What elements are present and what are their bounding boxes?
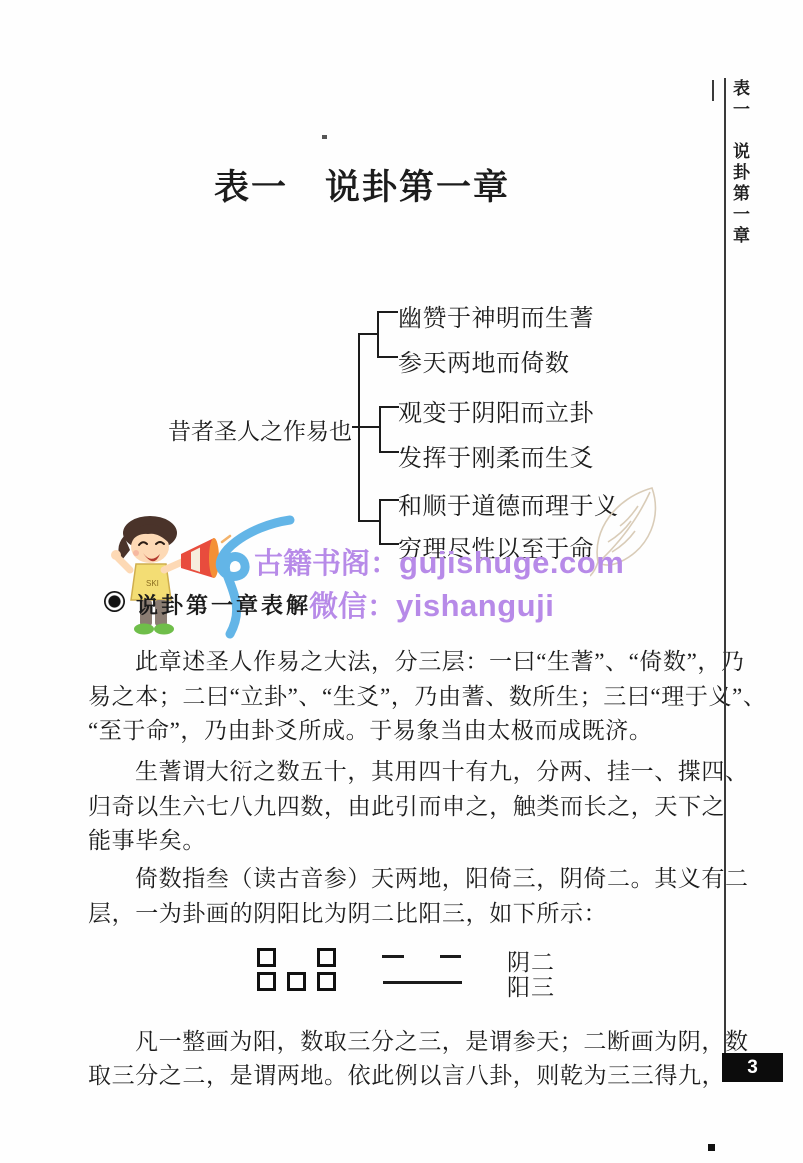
tree-branch: 观变于阴阳而立卦 (398, 393, 594, 428)
paragraph-line: 凡一整画为阳，数取三分之三，是谓参天；二断画为阴，数 (88, 1023, 780, 1056)
fisheye-bullet-icon (104, 591, 125, 612)
tree-branch: 发挥于刚柔而生爻 (398, 438, 594, 473)
watermark-wechat-id: yishanguji (396, 588, 554, 623)
margin-rule (724, 78, 726, 1055)
tree-stub (377, 356, 398, 358)
yin-square (317, 948, 336, 967)
yang-square (257, 972, 276, 991)
paragraph-line: 归奇以生六七八九四数，由此引而申之，触类而长之，天下之 (88, 788, 733, 821)
paragraph-line: “至于命”，乃由卦爻所成。于易象当由太极而成既济。 (88, 712, 733, 745)
tree-connector (358, 520, 381, 522)
tree-main-line (358, 334, 360, 522)
margin-tick (712, 80, 714, 101)
broken-yin-line (440, 955, 461, 958)
yang-square (317, 972, 336, 991)
tree-bracket (379, 499, 381, 545)
tree-branch: 和顺于道德而理于义 (398, 486, 619, 521)
svg-text:SKI: SKI (146, 579, 159, 588)
yang-square (287, 972, 306, 991)
paragraph-line: 层，一为卦画的阴阳比为阴二比阳三，如下所示： (88, 895, 733, 928)
watermark-site-url: gujishuge.com (399, 545, 624, 580)
section-header: 说卦第一章表解 (136, 589, 311, 620)
yin-square (257, 948, 276, 967)
scan-speck (708, 1144, 715, 1151)
watermark-wechat-label: 微信： (309, 591, 396, 623)
page-title: 表一 说卦第一章 (0, 160, 724, 210)
tree-stub (379, 499, 399, 501)
tree-branch: 幽赞于神明而生蓍 (398, 298, 594, 333)
tree-connector (358, 333, 378, 335)
tree-stub (379, 406, 399, 408)
paragraph-line: 易之本；二曰“立卦”、“生爻”，乃由蓍、数所生；三曰“理于义”、 (88, 678, 733, 711)
broken-yin-line (382, 955, 404, 958)
paragraph-line: 倚数指叁（读古音参）天两地，阳倚三，阴倚二。其义有二 (88, 860, 780, 893)
solid-yang-line (383, 981, 462, 984)
tree-root-label: 昔者圣人之作易也 (168, 413, 352, 446)
tree-bracket (377, 311, 379, 358)
tree-stub (377, 311, 398, 313)
scan-speck (322, 135, 327, 139)
paragraph-line: 取三分之二，是谓两地。依此例以言八卦，则乾为三三得九， (88, 1057, 733, 1090)
page-number-badge: 3 (722, 1053, 783, 1082)
tree-branch: 参天两地而倚数 (398, 343, 570, 378)
watermark-site-label: 古籍书阁： (254, 548, 399, 580)
watermark-site: 古籍书阁：gujishuge.com (254, 541, 624, 582)
paragraph-line: 此章述圣人作易之大法，分三层：一曰“生蓍”、“倚数”，乃 (88, 643, 780, 676)
paragraph-line: 生蓍谓大衍之数五十，其用四十有九，分两、挂一、揲四、 (88, 753, 780, 786)
tree-bracket (379, 406, 381, 453)
tree-connector (352, 426, 380, 428)
book-page: 表一 说卦第一章 昔者圣人之作易也 幽赞于神明而生蓍 参天两地而倚数 观变于阴阳… (0, 0, 803, 1163)
running-head-vertical: 表一 说卦第一章 (727, 79, 752, 247)
tree-stub (379, 451, 399, 453)
yang-ratio-label: 阳三 (507, 969, 555, 1002)
paragraph-line: 能事毕矣。 (88, 822, 733, 855)
watermark-wechat: 微信：yishanguji (309, 584, 554, 625)
